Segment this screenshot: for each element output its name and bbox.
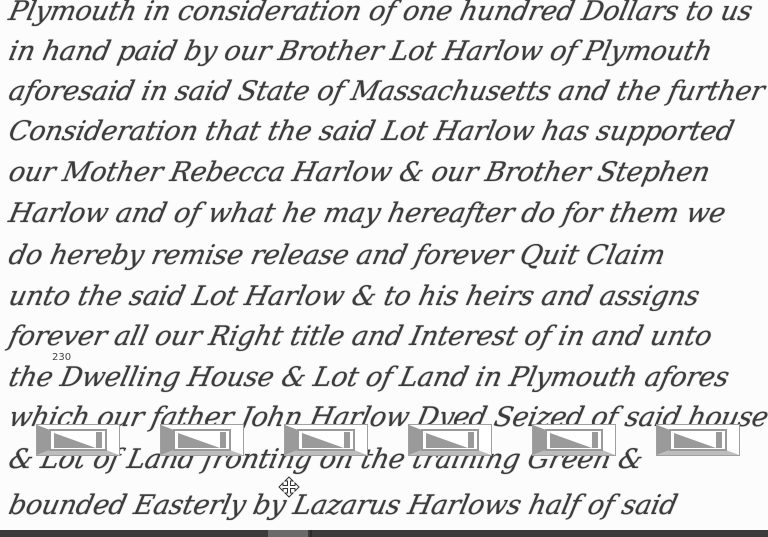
- manuscript-line: Plymouth in consideration of one hundred…: [6, 0, 755, 27]
- thumbnail-placeholder-4[interactable]: [408, 424, 492, 456]
- image-placeholder-icon: [160, 424, 244, 456]
- move-cursor-icon: [278, 476, 300, 498]
- thumbnail-placeholder-5[interactable]: [532, 424, 616, 456]
- manuscript-line: forever all our Right title and Interest…: [6, 321, 715, 352]
- manuscript-line: our Mother Rebecca Harlow & our Brother …: [6, 157, 713, 188]
- manuscript-line: Consideration that the said Lot Harlow h…: [6, 116, 737, 147]
- thumbnail-placeholder-2[interactable]: [160, 424, 244, 456]
- image-placeholder-icon: [532, 424, 616, 456]
- image-placeholder-icon: [36, 424, 120, 456]
- scrollbar-divider: [310, 530, 312, 537]
- margin-page-number: 230: [52, 352, 71, 363]
- manuscript-line: do hereby remise release and forever Qui…: [6, 240, 668, 271]
- manuscript-line: unto the said Lot Harlow & to his heirs …: [6, 281, 702, 312]
- thumbnail-placeholder-6[interactable]: [656, 424, 740, 456]
- manuscript-line: in hand paid by our Brother Lot Harlow o…: [6, 36, 715, 67]
- manuscript-line: the Dwelling House & Lot of Land in Plym…: [6, 362, 732, 393]
- manuscript-line: which our father John Harlow Dyed Seized…: [6, 402, 768, 433]
- image-placeholder-icon: [656, 424, 740, 456]
- manuscript-line: Harlow and of what he may hereafter do f…: [6, 198, 728, 229]
- scrollbar-thumb[interactable]: [268, 530, 308, 537]
- thumbnail-placeholder-1[interactable]: [36, 424, 120, 456]
- manuscript-line: bounded Easterly by Lazarus Harlows half…: [6, 490, 680, 521]
- horizontal-scrollbar[interactable]: [0, 530, 768, 537]
- image-placeholder-icon: [284, 424, 368, 456]
- image-placeholder-icon: [408, 424, 492, 456]
- image-viewer[interactable]: Plymouth in consideration of one hundred…: [0, 0, 768, 537]
- thumbnail-placeholder-3[interactable]: [284, 424, 368, 456]
- manuscript-line: aforesaid in said State of Massachusetts…: [6, 76, 767, 107]
